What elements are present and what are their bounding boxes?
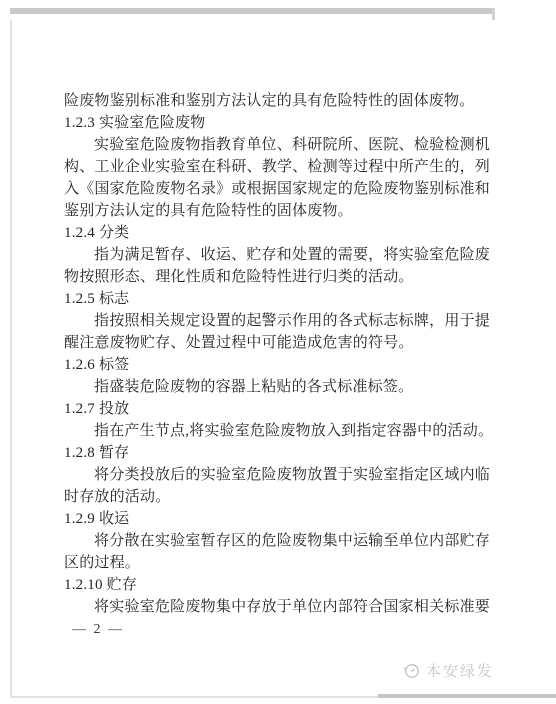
page-top-right-corner	[492, 8, 495, 20]
section-heading: 1.2.4 分类	[64, 222, 490, 244]
watermark: 本安绿发	[402, 660, 494, 681]
section-heading: 1.2.9 收运	[64, 508, 490, 530]
bottom-right-divider	[378, 694, 556, 698]
section-heading: 1.2.5 标志	[64, 288, 490, 310]
text-line: 醒注意废物贮存、处置过程中可能造成危害的符号。	[64, 332, 490, 354]
text-line: 入《国家危险废物名录》或根据国家规定的危险废物鉴别标准和	[64, 178, 490, 200]
text-line: 将分类投放后的实验室危险废物放置于实验室指定区域内临	[64, 464, 490, 486]
watermark-label: 本安绿发	[426, 660, 494, 681]
section-heading: 1.2.3 实验室危险废物	[64, 112, 490, 134]
section-heading: 1.2.8 暂存	[64, 442, 490, 464]
text-line: 将分散在实验室暂存区的危险废物集中运输至单位内部贮存	[64, 530, 490, 552]
watermark-logo-icon	[402, 662, 420, 680]
text-line: 区的过程。	[64, 552, 490, 574]
text-line: 鉴别方法认定的具有危险特性的固体废物。	[64, 200, 490, 222]
text-line: 指在产生节点,将实验室危险废物放入到指定容器中的活动。	[64, 420, 490, 442]
text-line: 时存放的活动。	[64, 486, 490, 508]
section-heading: 1.2.10 贮存	[64, 574, 490, 596]
page-left-edge	[10, 20, 12, 697]
section-heading: 1.2.6 标签	[64, 354, 490, 376]
text-line: 险废物鉴别标准和鉴别方法认定的具有危险特性的固体废物。	[64, 90, 490, 112]
document-text: 险废物鉴别标准和鉴别方法认定的具有危险特性的固体废物。1.2.3 实验室危险废物…	[64, 90, 490, 618]
text-line: 实验室危险废物指教育单位、科研院所、医院、检验检测机	[64, 134, 490, 156]
text-line: 构、工业企业实验室在科研、教学、检测等过程中所产生的，列	[64, 156, 490, 178]
text-line: 指按照相关规定设置的起警示作用的各式标志标牌，用于提	[64, 310, 490, 332]
text-line: 指盛装危险废物的容器上粘贴的各式标准标签。	[64, 376, 490, 398]
text-line: 物按照形态、理化性质和危险特性进行归类的活动。	[64, 266, 490, 288]
page-number: — 2 —	[72, 622, 124, 638]
text-line: 指为满足暂存、收运、贮存和处置的需要，将实验室危险废	[64, 244, 490, 266]
page-top-edge-shadow	[10, 8, 495, 14]
document-page: 险废物鉴别标准和鉴别方法认定的具有危险特性的固体废物。1.2.3 实验室危险废物…	[0, 0, 556, 704]
text-line: 将实验室危险废物集中存放于单位内部符合国家相关标准要	[64, 596, 490, 618]
section-heading: 1.2.7 投放	[64, 398, 490, 420]
